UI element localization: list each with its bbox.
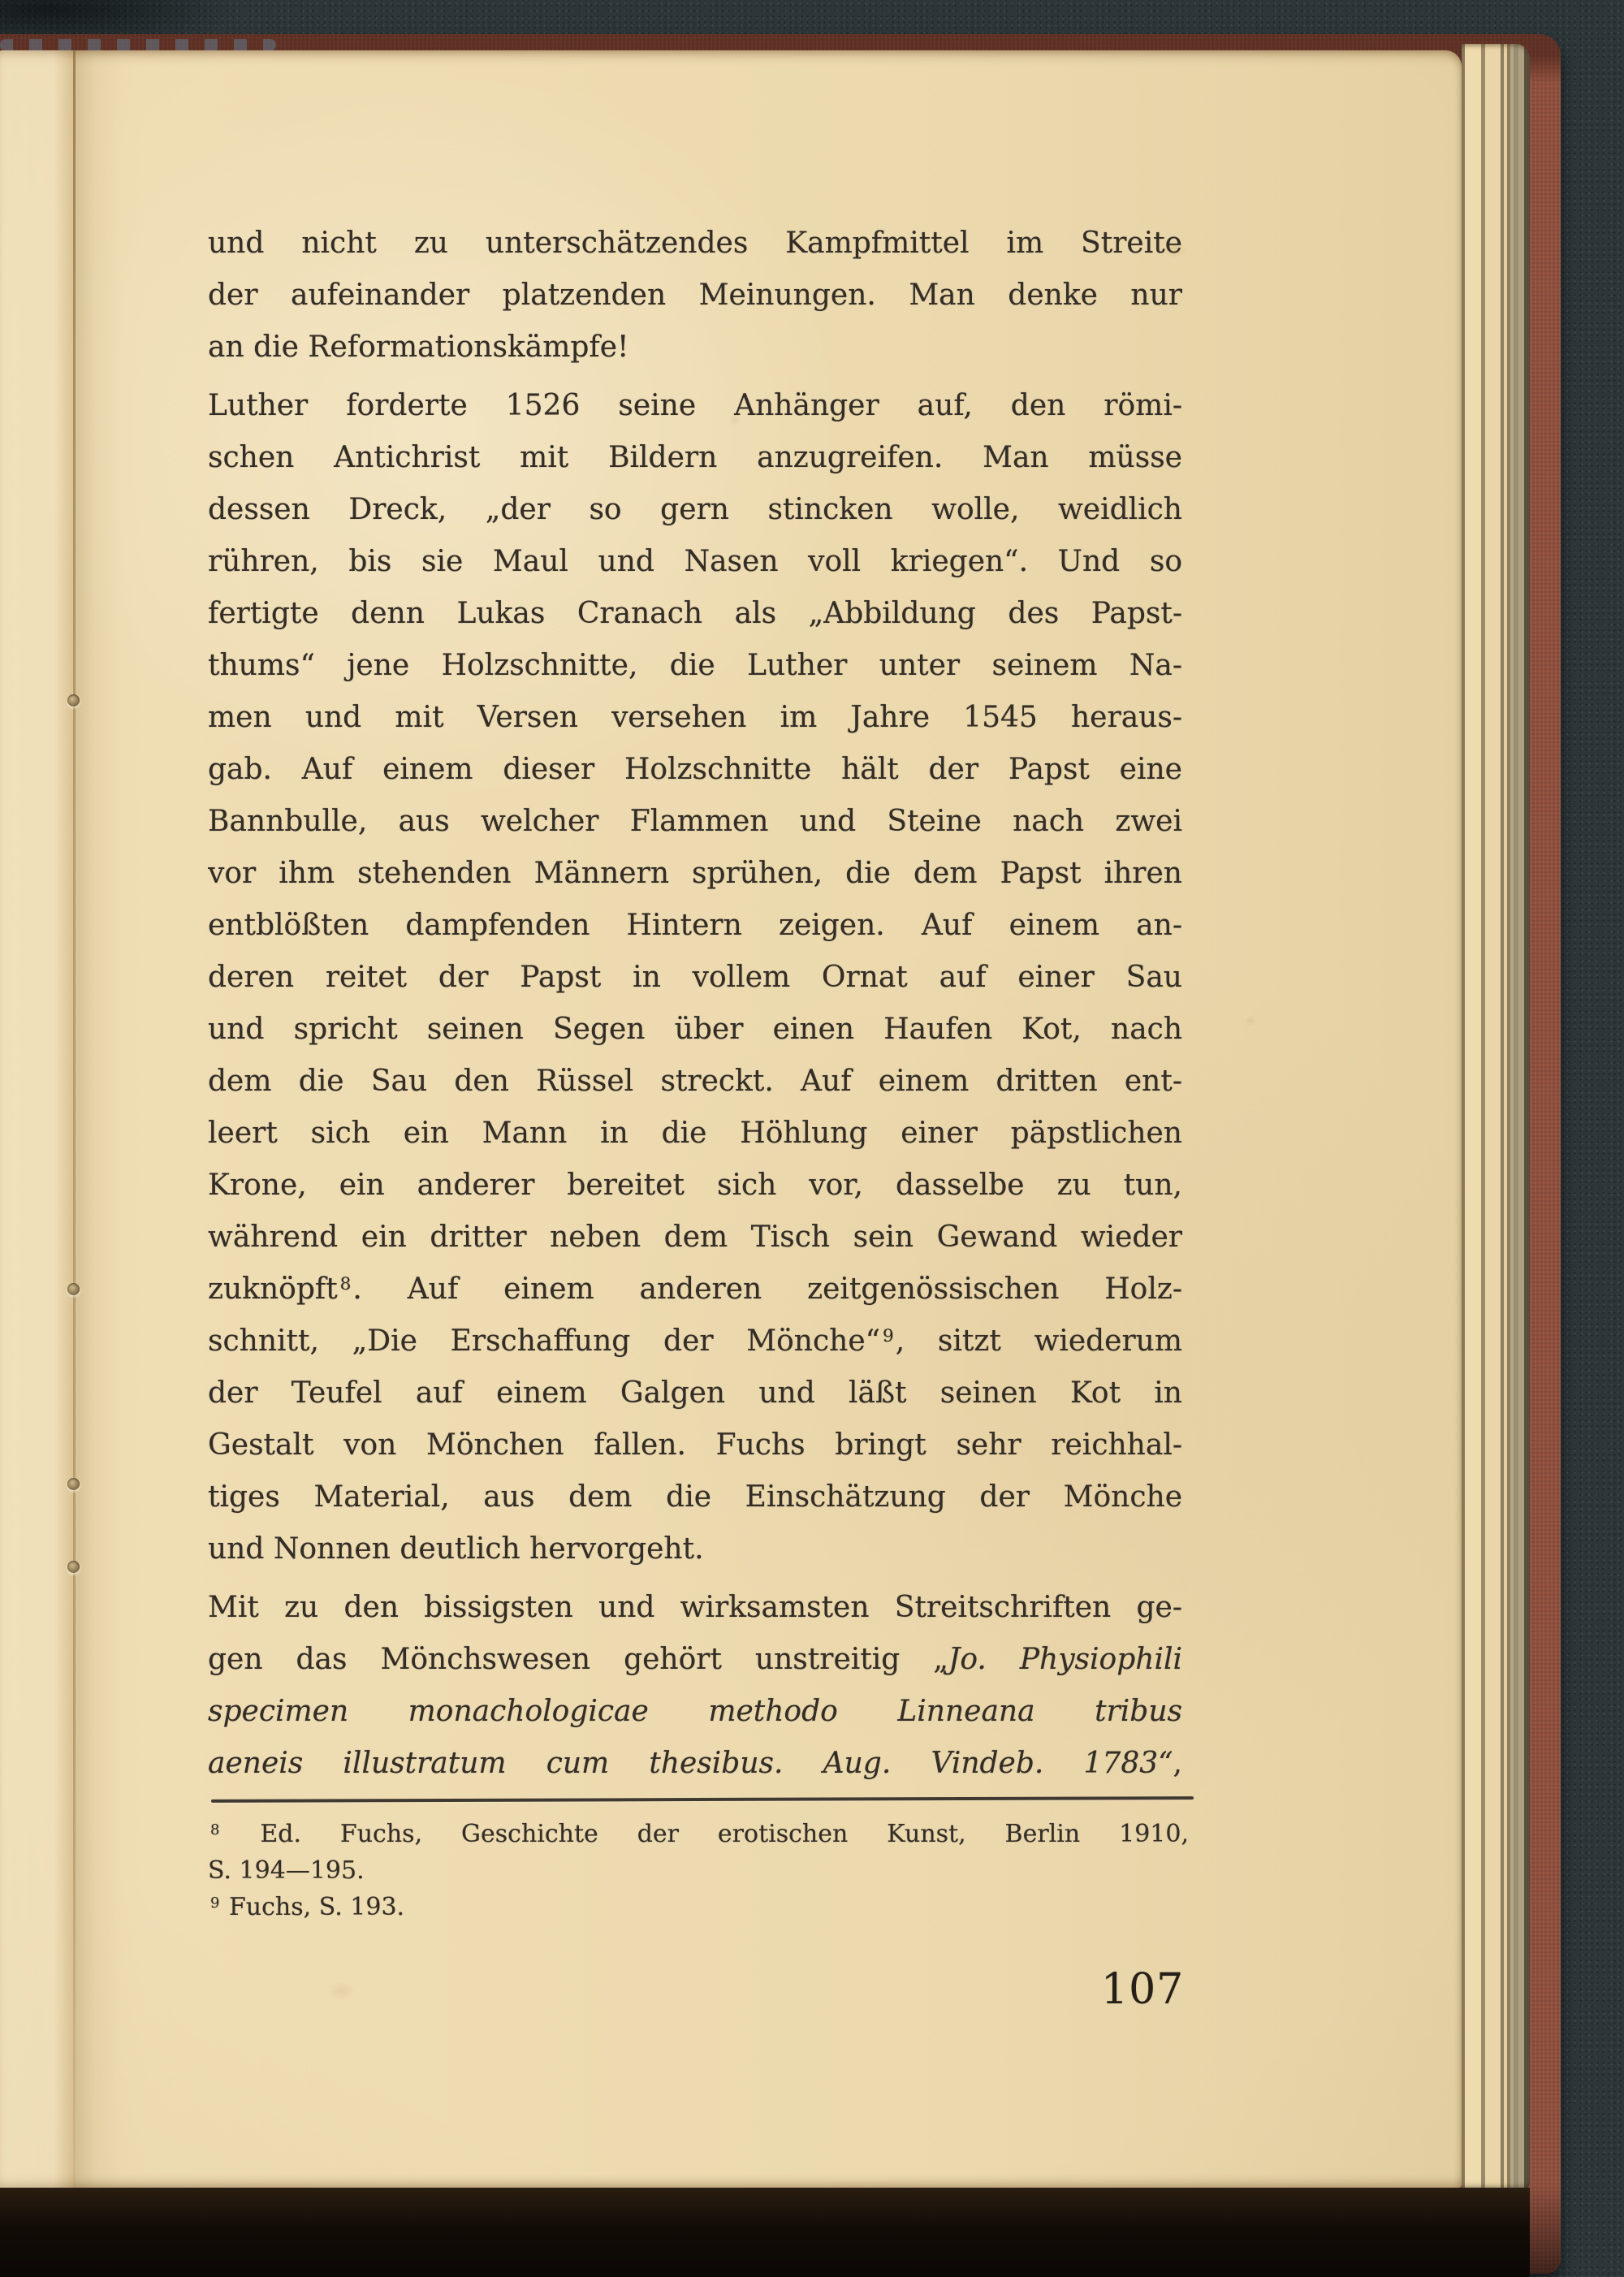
text-segment: und nicht zu unterschätzendes Kampfmitte…	[208, 227, 1182, 260]
text-segment: dem die Sau den Rüssel streckt. Auf eine…	[208, 1065, 1182, 1098]
text-segment: ,	[1173, 1747, 1182, 1780]
text-segment: gen das Mönchswesen gehört unstreitig „	[208, 1643, 948, 1676]
text-segment: 9	[883, 1326, 894, 1346]
text-segment: Bannbulle, aus welcher Flammen und Stein…	[208, 805, 1182, 838]
text-line: vor ihm stehenden Männern sprühen, die d…	[208, 848, 1182, 900]
text-line: und Nonnen deutlich hervorgeht.	[208, 1523, 1182, 1575]
text-line: schen Antichrist mit Bildern anzugreifen…	[208, 432, 1182, 484]
text-line: specimen monachologicae methodo Linneana…	[208, 1686, 1182, 1738]
text-line: während ein dritter neben dem Tisch sein…	[208, 1212, 1182, 1264]
binding-hole	[67, 1561, 80, 1573]
text-segment: und spricht seinen Segen über einen Hauf…	[208, 1013, 1182, 1046]
text-segment: schen Antichrist mit Bildern anzugreifen…	[208, 441, 1182, 474]
binding-hole	[67, 1283, 80, 1295]
text-line: gab. Auf einem dieser Holzschnitte hält …	[208, 744, 1182, 796]
text-line: Krone, ein anderer bereitet sich vor, da…	[208, 1160, 1182, 1212]
text-line: tiges Material, aus dem die Einschätzung…	[208, 1471, 1182, 1523]
text-line: an die Reformationskämpfe!	[208, 322, 1182, 374]
text-segment: Gestalt von Mönchen fallen. Fuchs bringt…	[208, 1428, 1182, 1462]
text-line: rühren, bis sie Maul und Nasen voll krie…	[208, 536, 1182, 588]
text-segment: Krone, ein anderer bereitet sich vor, da…	[208, 1169, 1182, 1202]
text-segment: 8	[340, 1274, 352, 1294]
text-line: entblößten dampfenden Hintern zeigen. Au…	[208, 900, 1182, 952]
bottom-shadow	[0, 2188, 1530, 2277]
text-segment: Ed. Fuchs, Geschichte der erotischen Kun…	[221, 1820, 1189, 1848]
text-line: leert sich ein Mann in die Höhlung einer…	[208, 1108, 1182, 1160]
text-line: schnitt, „Die Erschaffung der Mönche“9, …	[208, 1316, 1182, 1367]
text-line: 8 Ed. Fuchs, Geschichte der erotischen K…	[208, 1816, 1189, 1852]
binding-hole	[67, 694, 80, 706]
text-line: men und mit Versen versehen im Jahre 154…	[208, 692, 1182, 744]
body-text: und nicht zu unterschätzendes Kampfmitte…	[208, 218, 1182, 1790]
text-segment: aeneis illustratum cum thesibus. Aug. Vi…	[208, 1747, 1173, 1780]
text-segment: zuknöpft	[208, 1272, 338, 1306]
text-segment: entblößten dampfenden Hintern zeigen. Au…	[208, 909, 1182, 942]
text-segment: Luther forderte 1526 seine Anhänger auf,…	[208, 389, 1182, 422]
text-segment: leert sich ein Mann in die Höhlung einer…	[208, 1117, 1182, 1150]
text-line: und nicht zu unterschätzendes Kampfmitte…	[208, 218, 1182, 270]
text-segment: 8	[210, 1821, 219, 1838]
text-line: Bannbulle, aus welcher Flammen und Stein…	[208, 796, 1182, 848]
text-line: dem die Sau den Rüssel streckt. Auf eine…	[208, 1056, 1182, 1108]
binding-hole	[67, 1478, 80, 1490]
text-segment: rühren, bis sie Maul und Nasen voll krie…	[208, 545, 1182, 578]
text-segment: , sitzt wiederum	[896, 1324, 1182, 1358]
text-line: gen das Mönchswesen gehört unstreitig „J…	[208, 1634, 1182, 1686]
footnotes: 8 Ed. Fuchs, Geschichte der erotischen K…	[208, 1816, 1189, 1925]
text-line: deren reitet der Papst in vollem Ornat a…	[208, 952, 1182, 1004]
text-line: Mit zu den bissigsten und wirksamsten St…	[208, 1582, 1182, 1634]
text-segment: dessen Dreck, „der so gern stincken woll…	[208, 493, 1182, 526]
text-segment: gab. Auf einem dieser Holzschnitte hält …	[208, 753, 1182, 786]
page-edge-stack	[1462, 44, 1530, 2189]
text-segment: und Nonnen deutlich hervorgeht.	[208, 1532, 704, 1566]
gutter-crease	[73, 50, 76, 2188]
paragraph: Mit zu den bissigsten und wirksamsten St…	[208, 1582, 1182, 1790]
text-line: S. 194—195.	[208, 1852, 1189, 1889]
text-segment: thums“ jene Holzschnitte, die Luther unt…	[208, 649, 1182, 682]
text-segment: der aufeinander platzenden Meinungen. Ma…	[208, 279, 1182, 312]
text-line: und spricht seinen Segen über einen Hauf…	[208, 1004, 1182, 1056]
paragraph: Luther forderte 1526 seine Anhänger auf,…	[208, 380, 1182, 1575]
page-number: 107	[1101, 1965, 1184, 2014]
text-line: thums“ jene Holzschnitte, die Luther unt…	[208, 640, 1182, 692]
text-segment: der Teufel auf einem Galgen und läßt sei…	[208, 1376, 1182, 1410]
text-line: dessen Dreck, „der so gern stincken woll…	[208, 484, 1182, 536]
spine-stitching	[0, 39, 276, 51]
text-segment: deren reitet der Papst in vollem Ornat a…	[208, 961, 1182, 994]
text-line: der Teufel auf einem Galgen und läßt sei…	[208, 1367, 1182, 1419]
text-segment: men und mit Versen versehen im Jahre 154…	[208, 701, 1182, 734]
text-line: Gestalt von Mönchen fallen. Fuchs bringt…	[208, 1419, 1182, 1471]
book-page: und nicht zu unterschätzendes Kampfmitte…	[0, 50, 1462, 2188]
paragraph: und nicht zu unterschätzendes Kampfmitte…	[208, 218, 1182, 374]
text-line: fertigte denn Lukas Cranach als „Abbildu…	[208, 588, 1182, 640]
text-segment: 9	[210, 1895, 219, 1912]
text-segment: Fuchs, S. 193.	[221, 1893, 404, 1921]
text-segment: Mit zu den bissigsten und wirksamsten St…	[208, 1591, 1182, 1624]
text-line: aeneis illustratum cum thesibus. Aug. Vi…	[208, 1738, 1182, 1790]
text-segment: vor ihm stehenden Männern sprühen, die d…	[208, 857, 1182, 890]
text-segment: fertigte denn Lukas Cranach als „Abbildu…	[208, 597, 1182, 630]
text-line: zuknöpft8. Auf einem anderen zeitgenössi…	[208, 1264, 1182, 1316]
text-segment: während ein dritter neben dem Tisch sein…	[208, 1221, 1182, 1254]
text-segment: specimen monachologicae methodo Linneana…	[208, 1695, 1182, 1728]
text-segment: S. 194—195.	[208, 1856, 365, 1885]
text-line: der aufeinander platzenden Meinungen. Ma…	[208, 270, 1182, 322]
text-segment: Jo. Physiophili	[948, 1643, 1182, 1676]
text-segment: schnitt, „Die Erschaffung der Mönche“	[208, 1324, 880, 1358]
text-segment: tiges Material, aus dem die Einschätzung…	[208, 1480, 1182, 1514]
photo-backdrop: und nicht zu unterschätzendes Kampfmitte…	[0, 0, 1624, 2277]
text-line: 9 Fuchs, S. 193.	[208, 1889, 1189, 1925]
footnote-rule	[211, 1796, 1194, 1803]
text-segment: . Auf einem anderen zeitgenössischen Hol…	[352, 1272, 1182, 1306]
text-line: Luther forderte 1526 seine Anhänger auf,…	[208, 380, 1182, 432]
text-segment: an die Reformationskämpfe!	[208, 331, 628, 364]
